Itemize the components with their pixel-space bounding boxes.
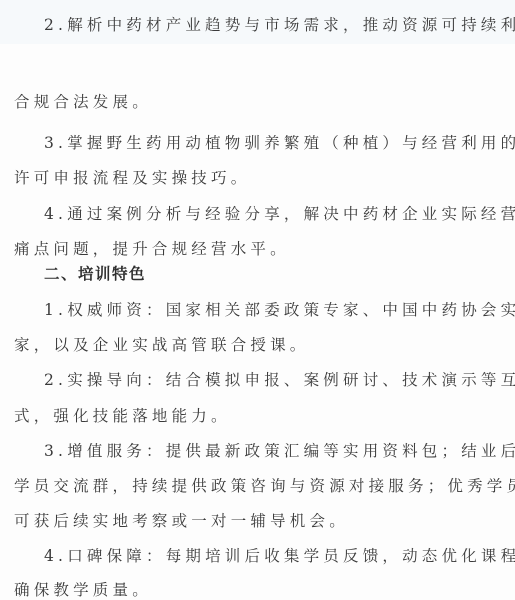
feature-2-line-1: 2.实操导向：结合模拟申报、案例研讨、技术演示等互动形 [44, 370, 505, 390]
feature-3-line-3: 可获后续实地考察或一对一辅导机会。 [14, 511, 505, 531]
feature-1-line-2: 家，以及企业实战高管联合授课。 [14, 335, 505, 355]
objective-2-line-1: 2.解析中药材产业趋势与市场需求，推动资源可持续利用与 [44, 15, 505, 35]
feature-4-line-1: 4.口碑保障：每期培训后收集学员反馈，动态优化课程内容， [44, 546, 505, 566]
feature-2-line-2: 式，强化技能落地能力。 [14, 406, 505, 426]
section-heading: 二、培训特色 [44, 264, 505, 284]
feature-4-line-2: 确保教学质量。 [14, 580, 505, 600]
feature-3-line-2: 学员交流群，持续提供政策咨询与资源对接服务；优秀学员企业 [14, 476, 505, 496]
objective-3-line-2: 许可申报流程及实操技巧。 [14, 168, 505, 188]
objective-2-line-2: 合规合法发展。 [14, 92, 505, 112]
objective-4-line-2: 痛点问题，提升合规经营水平。 [14, 239, 505, 259]
objective-4-line-1: 4.通过案例分析与经验分享，解决中药材企业实际经营中的 [44, 204, 505, 224]
feature-1-line-1: 1.权威师资：国家相关部委政策专家、中国中药协会实战专 [44, 300, 505, 320]
feature-3-line-1: 3.增值服务：提供最新政策汇编等实用资料包；结业后建立 [44, 441, 505, 461]
objective-3-line-1: 3.掌握野生药用动植物驯养繁殖（种植）与经营利用的行政 [44, 133, 505, 153]
